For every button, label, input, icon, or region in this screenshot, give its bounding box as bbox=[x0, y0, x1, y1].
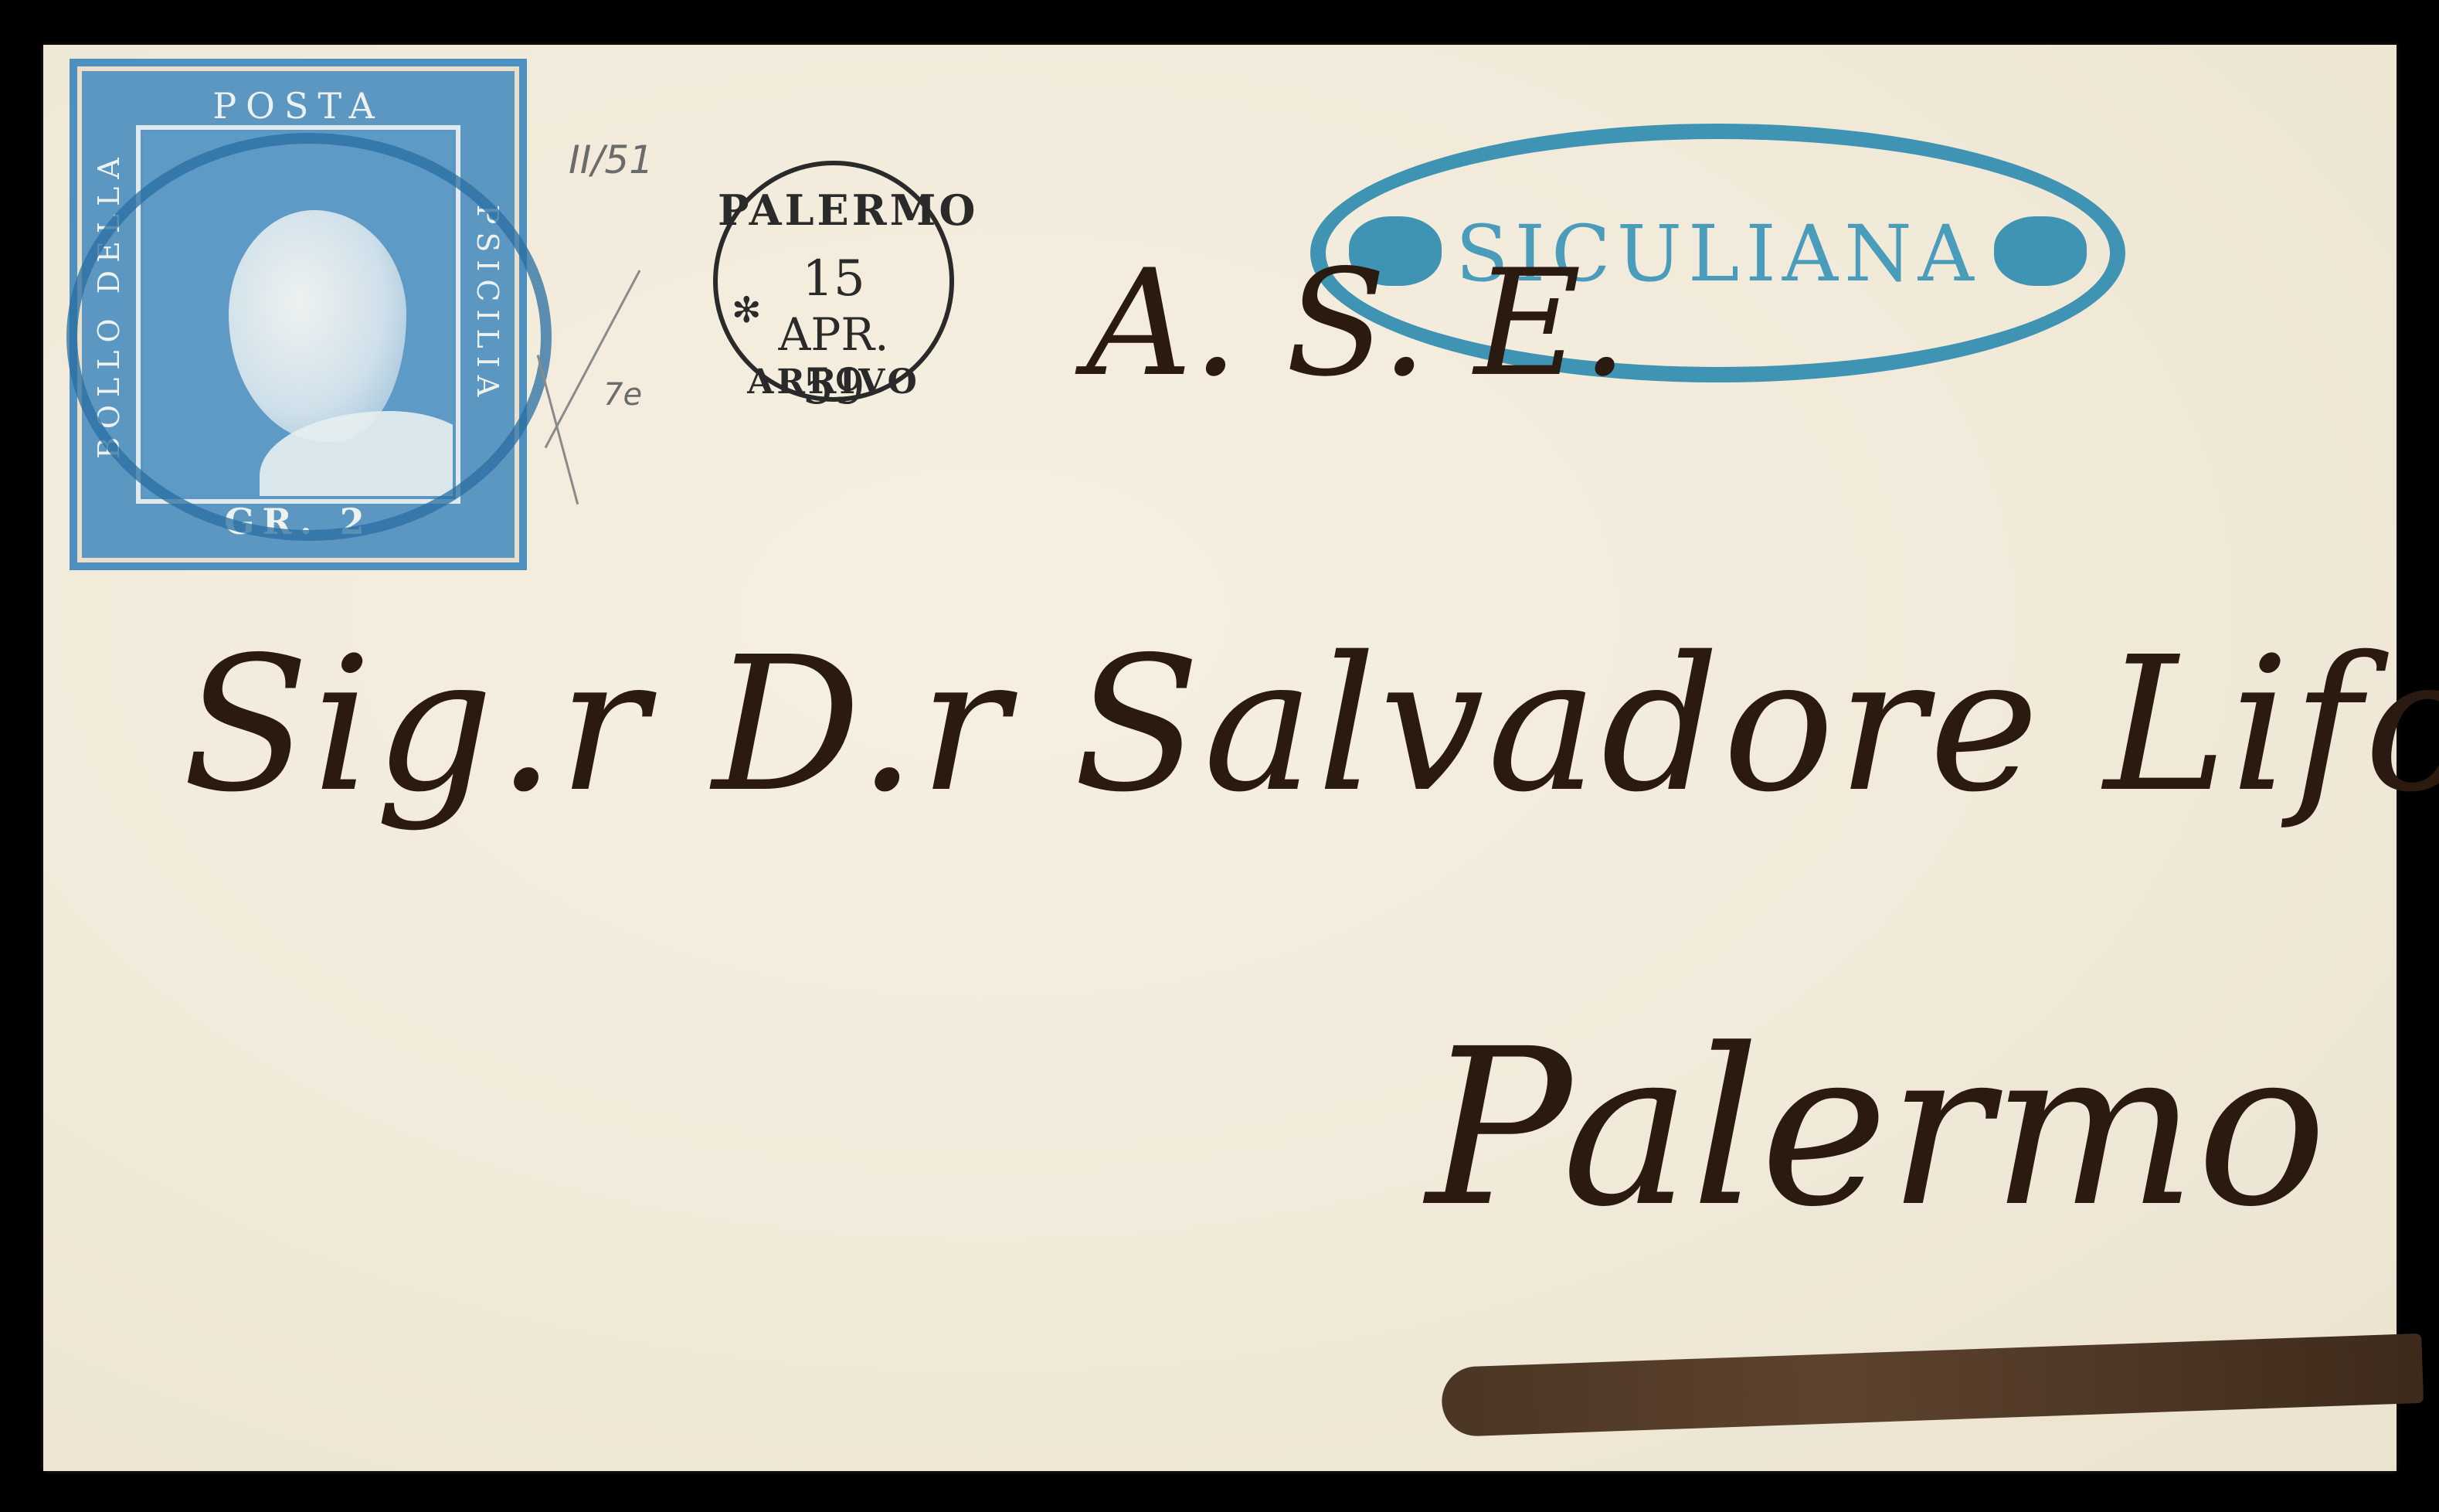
pencil-check-mark-stroke bbox=[537, 355, 579, 505]
ornament-right-icon bbox=[1994, 216, 2087, 286]
postmark-day: 15 bbox=[718, 250, 949, 307]
postal-cover: POSTA BOLLO DELLA PSICILIA GR. 2 II/51 7… bbox=[43, 45, 2397, 1471]
address-recipient: Sig.r D.r Salvadore Lifontie bbox=[182, 617, 2439, 833]
address-city: Palermo bbox=[1426, 1003, 2327, 1255]
circular-date-stamp: PALERMO ✻ 15 APR. 59 ARRIVO bbox=[713, 161, 954, 402]
pencil-position-note: 7e bbox=[603, 377, 642, 413]
postage-stamp: POSTA BOLLO DELLA PSICILIA GR. 2 bbox=[77, 66, 519, 562]
pencil-plate-note: II/51 bbox=[569, 138, 654, 182]
postmark-town: PALERMO bbox=[718, 185, 949, 235]
postmark-month: APR. bbox=[718, 308, 949, 361]
postmark-arrival: ARRIVO bbox=[718, 362, 949, 402]
stamp-top-text: POSTA bbox=[82, 85, 515, 127]
address-honorific: A. S. E. bbox=[1086, 238, 1628, 409]
underline-flourish bbox=[1441, 1334, 2424, 1437]
stamp-cancellation bbox=[66, 133, 552, 541]
pencil-check-mark bbox=[545, 270, 641, 448]
